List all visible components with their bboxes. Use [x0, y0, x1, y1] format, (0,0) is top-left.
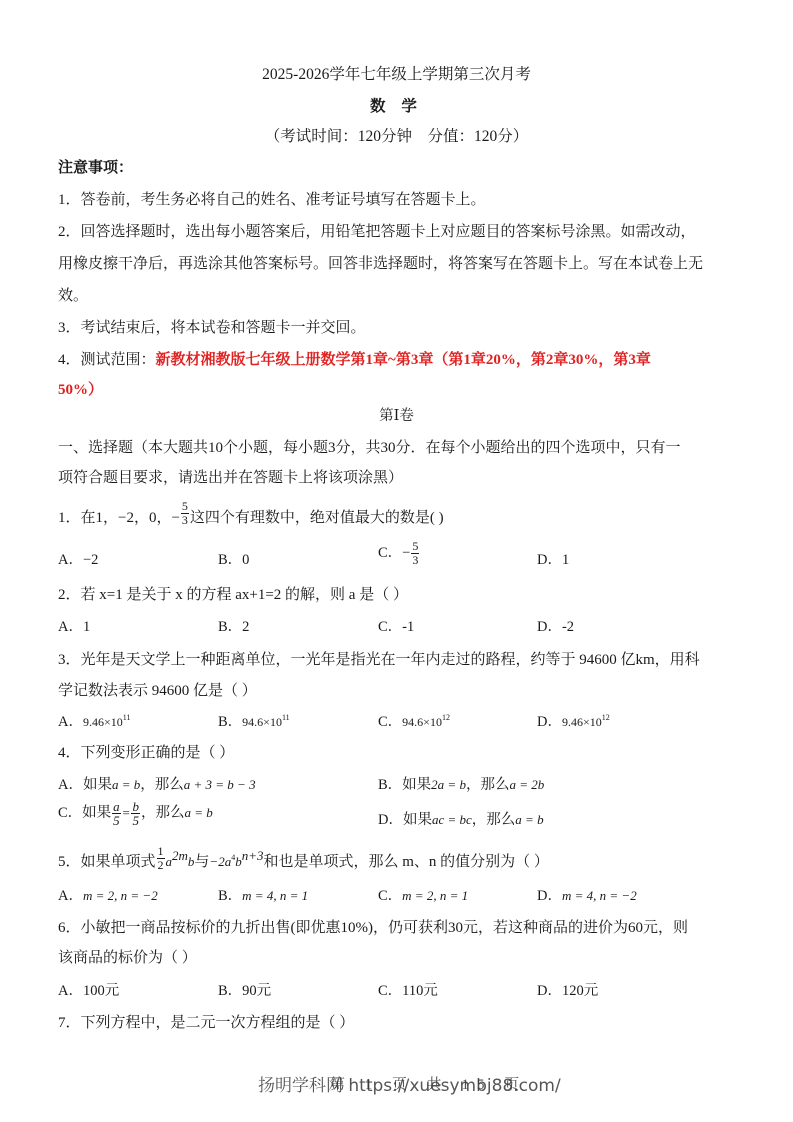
scope-text-line2: 50%） [58, 378, 748, 399]
question-3-line1: 3．光年是天文学上一种距离单位，一光年是指光在一年内走过的路程，约等于 9460… [58, 648, 748, 669]
q2-option-a[interactable]: A．1 [58, 615, 90, 636]
q4-option-c[interactable]: C．如果a5=b5，那么a = b [58, 800, 213, 827]
q2-option-b[interactable]: B．2 [218, 615, 249, 636]
q3-option-c[interactable]: C．94.6×1012 [378, 710, 450, 731]
notice-heading: 注意事项： [58, 156, 748, 177]
q6-option-a[interactable]: A．100元 [58, 979, 119, 1000]
q1-option-c[interactable]: C．−53 [378, 540, 420, 567]
subject-title: 数 学 [0, 94, 793, 116]
exam-info: （考试时间：120分钟 分值：120分） [0, 124, 793, 146]
q5-option-d[interactable]: D．m = 4, n = −2 [537, 884, 637, 905]
question-7: 7．下列方程中，是二元一次方程组的是（ ） [58, 1011, 748, 1032]
question-1: 1．在1，−2，0，−53这四个有理数中，绝对值最大的数是( ) [58, 506, 748, 527]
q5-option-a[interactable]: A．m = 2, n = −2 [58, 884, 158, 905]
scope-label: 4．测试范围： [58, 352, 156, 368]
q5-option-b[interactable]: B．m = 4, n = 1 [218, 884, 308, 905]
q6-option-d[interactable]: D．120元 [537, 979, 598, 1000]
q1-option-d[interactable]: D．1 [537, 548, 569, 569]
q4-option-b[interactable]: B．如果2a = b，那么a = 2b [378, 773, 544, 794]
q4-option-d[interactable]: D．如果ac = bc，那么a = b [378, 808, 544, 829]
q3-option-a[interactable]: A．9.46×1011 [58, 710, 130, 731]
volume-label: 第Ⅰ卷 [0, 404, 793, 425]
question-5: 5．如果单项式12a2mb与−2a4bn+3和也是单项式，那么 m、n 的值分别… [58, 848, 748, 872]
q2-option-d[interactable]: D．-2 [537, 615, 574, 636]
q3-option-b[interactable]: B．94.6×1011 [218, 710, 290, 731]
exam-page: 2025-2026学年七年级上学期第三次月考 数 学 （考试时间：120分钟 分… [0, 0, 793, 1122]
notice-item-2-line1: 2．回答选择题时，选出每小题答案后，用铅笔把答题卡上对应题目的答案标号涂黑。如需… [58, 220, 748, 241]
q6-option-b[interactable]: B．90元 [218, 979, 271, 1000]
q4-option-a[interactable]: A．如果a = b，那么a + 3 = b − 3 [58, 773, 256, 794]
question-6-line1: 6．小敏把一商品按标价的九折出售(即优惠10%)，仍可获利30元，若这种商品的进… [58, 916, 748, 937]
notice-item-2-line2: 用橡皮擦干净后，再选涂其他答案标号。回答非选择题时，将答案写在答题卡上。写在本试… [58, 252, 748, 273]
question-4: 4．下列变形正确的是（ ） [58, 741, 748, 762]
section-heading-line2: 项符合题目要求，请选出并在答题卡上将该项涂黑） [58, 466, 748, 487]
q1-option-b[interactable]: B．0 [218, 548, 249, 569]
notice-item-3: 3．考试结束后，将本试卷和答题卡一并交回。 [58, 316, 748, 337]
notice-item-4: 4．测试范围：新教材湘教版七年级上册数学第1章~第3章（第1章20%，第2章30… [58, 348, 748, 369]
fraction: 53 [411, 540, 419, 567]
question-3-line2: 学记数法表示 94600 亿是（ ） [58, 679, 748, 700]
notice-item-1: 1．答卷前，考生务必将自己的姓名、准考证号填写在答题卡上。 [58, 188, 748, 209]
q5-option-c[interactable]: C．m = 2, n = 1 [378, 884, 468, 905]
page-indicator: 第 1 页 共 15 页 [330, 1073, 527, 1094]
exam-title: 2025-2026学年七年级上学期第三次月考 [0, 62, 793, 84]
fraction: 53 [181, 500, 189, 527]
scope-text: 新教材湘教版七年级上册数学第1章~第3章（第1章20%，第2章30%，第3章 [156, 352, 651, 368]
notice-item-2-line3: 效。 [58, 284, 748, 305]
section-heading-line1: 一、选择题（本大题共10个小题，每小题3分，共30分．在每个小题给出的四个选项中… [58, 436, 748, 457]
q2-option-c[interactable]: C．-1 [378, 615, 414, 636]
q6-option-c[interactable]: C．110元 [378, 979, 438, 1000]
q1-option-a[interactable]: A．−2 [58, 548, 98, 569]
q3-option-d[interactable]: D．9.46×1012 [537, 710, 610, 731]
question-6-line2: 该商品的标价为（ ） [58, 946, 748, 967]
question-2: 2．若 x=1 是关于 x 的方程 ax+1=2 的解，则 a 是（ ） [58, 583, 748, 604]
